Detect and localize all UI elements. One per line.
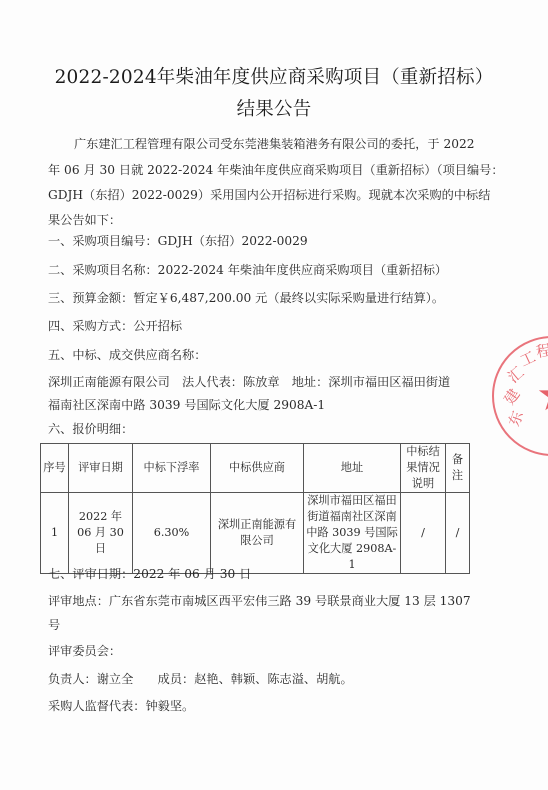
section-project-name: 二、采购项目名称：2022-2024 年柴油年度供应商采购项目（重新招标） [48, 262, 447, 278]
document-title: 2022-2024年柴油年度供应商采购项目（重新招标） [0, 63, 548, 89]
header-address: 地址 [304, 444, 401, 493]
cell-supplier: 深圳正南能源有限公司 [211, 493, 304, 574]
intro-line-2: 年 06 月 30 日就 2022-2024 年柴油年度供应商采购项目（重新招标… [48, 162, 504, 178]
supplier-line-2: 福南社区深南中路 3039 号国际文化大厦 2908A-1 [48, 397, 325, 413]
review-venue-line-1: 评审地点：广东省东莞市南城区西平宏伟三路 39 号联景商业大厦 13 层 130… [48, 593, 471, 609]
header-result-note: 中标结果情况说明 [401, 444, 446, 493]
cell-result-note: / [401, 493, 446, 574]
intro-line-1: 广东建汇工程管理有限公司受东莞港集装箱港务有限公司的委托，于 2022 [74, 136, 475, 152]
header-review-date: 评审日期 [69, 444, 133, 493]
section-review-date: 七、评审日期：2022 年 06 月 30 日 [48, 566, 251, 582]
committee-heading: 评审委员会： [48, 643, 121, 659]
table-row: 1 2022 年 06 月 30 日 6.30% 深圳正南能源有限公司 深圳市福… [41, 493, 470, 574]
committee-members: 负责人：谢立全 成员：赵艳、韩颖、陈志溢、胡航。 [48, 671, 353, 687]
document-subtitle: 结果公告 [0, 95, 548, 121]
header-discount-rate: 中标下浮率 [133, 444, 211, 493]
table-header-row: 序号 评审日期 中标下浮率 中标供应商 地址 中标结果情况说明 备注 [41, 444, 470, 493]
quote-table: 序号 评审日期 中标下浮率 中标供应商 地址 中标结果情况说明 备注 1 202… [40, 443, 470, 574]
star-icon: ★ [536, 370, 548, 421]
header-supplier: 中标供应商 [211, 444, 304, 493]
section-quote-heading: 六、报价明细： [48, 421, 133, 437]
review-venue-line-2: 号 [48, 617, 60, 633]
header-remarks: 备注 [446, 444, 470, 493]
document-page: 2022-2024年柴油年度供应商采购项目（重新招标） 结果公告 广东建汇工程管… [0, 0, 548, 790]
supplier-line-1: 深圳正南能源有限公司 法人代表：陈放章 地址：深圳市福田区福田街道 [48, 374, 450, 390]
cell-index: 1 [41, 493, 69, 574]
section-method: 四、采购方式：公开招标 [48, 318, 182, 334]
supervisor: 采购人监督代表：钟毅坚。 [48, 698, 194, 714]
seal-char: 程 [534, 339, 548, 362]
company-seal: 东 建 汇 工 程 ★ [492, 336, 548, 456]
section-budget: 三、预算金额：暂定￥6,487,200.00 元（最终以实际采购量进行结算）。 [48, 290, 444, 306]
section-supplier-heading: 五、中标、成交供应商名称： [48, 347, 206, 363]
intro-line-3: GDJH（东招）2022-0029）采用国内公开招标进行采购。现就本次采购的中标… [48, 187, 490, 203]
header-index: 序号 [41, 444, 69, 493]
section-project-number: 一、采购项目编号：GDJH（东招）2022-0029 [48, 233, 308, 249]
cell-discount-rate: 6.30% [133, 493, 211, 574]
intro-line-4: 果公告如下： [48, 212, 121, 228]
cell-remarks: / [446, 493, 470, 574]
cell-review-date: 2022 年 06 月 30 日 [69, 493, 133, 574]
cell-address: 深圳市福田区福田街道福南社区深南中路 3039 号国际文化大厦 2908A-1 [304, 493, 401, 574]
